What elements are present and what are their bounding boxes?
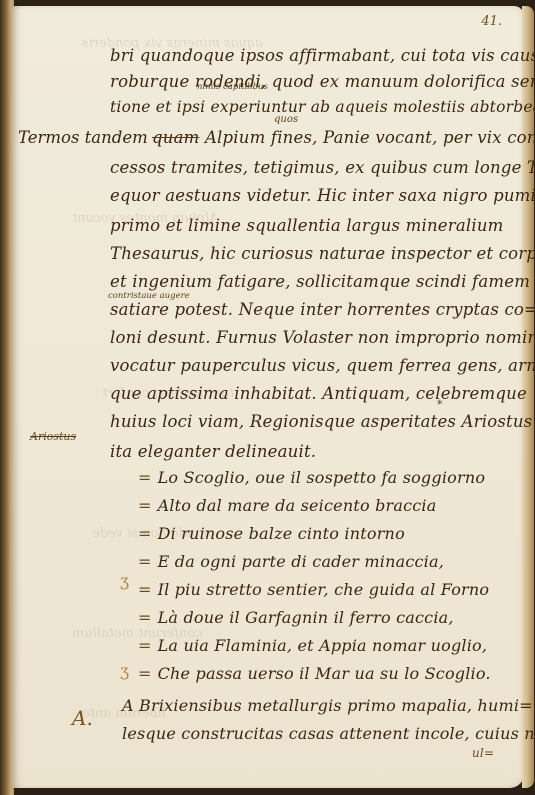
text-line: vocatur pauperculus vicus, quem ferrea g…: [110, 356, 535, 375]
text-line: ita eleganter delineauit.: [110, 442, 316, 461]
verse-line: =Alto dal mare da seicento braccia: [138, 496, 436, 515]
margin-mark: ʒ: [120, 571, 129, 590]
text-line: satiare potest. Neque inter horrentes cr…: [110, 300, 535, 319]
text-line: cessos tramites, tetigimus, ex quibus cu…: [110, 158, 535, 177]
margin-note: Termos tandem: [18, 128, 148, 147]
folio-number: 41.: [481, 14, 502, 29]
catchword: ul=: [472, 746, 494, 760]
text-line: et ingenium fatigare, sollicitamque scin…: [110, 272, 530, 291]
verse-line: =Di ruinose balze cinto intorno: [138, 524, 405, 543]
text-line: que aptissima inhabitat. Antiquam, celeb…: [110, 384, 527, 403]
verse-line: =La uia Flaminia, et Appia nomar uoglio,: [138, 636, 487, 655]
verse-line: =Il piu stretto sentier, che guida al Fo…: [138, 580, 489, 599]
text-line: loni desunt. Furnus Volaster non impropr…: [110, 328, 535, 347]
text-line: tione et ipsi experiuntur ab aqueis mole…: [110, 98, 535, 116]
verse-line: =Che passa uerso il Mar ua su lo Scoglio…: [138, 664, 491, 683]
text-line: bri quandoque ipsos affirmabant, cui tot…: [110, 46, 535, 65]
verse-line: =Lo Scoglio, oue il sospetto fa soggiorn…: [138, 468, 485, 487]
text-line: roburque rodendi, quod ex manuum dolorif…: [110, 72, 535, 91]
verse-line: =E da ogni parte di cader minaccia,: [138, 552, 444, 571]
text-line: huius loci viam, Regionisque asperitates…: [110, 412, 535, 431]
text-line-content: Alpium fines, Panie vocant, per vix con=: [205, 128, 535, 147]
verse-line: =Là doue il Garfagnin il ferro caccia,: [138, 608, 454, 627]
text-line: primo et limine squallentia largus miner…: [110, 216, 504, 235]
manuscript-page: aquas mineras vix ponderis Alpium montes…: [12, 6, 524, 788]
text-line: Thesaurus, hic curiosus naturae inspecto…: [110, 244, 535, 263]
text-line-content: huius loci viam, Regionisque asperitates…: [110, 412, 532, 431]
text-line: A Brixiensibus metallurgis primo mapalia…: [122, 696, 533, 715]
margin-note: A.: [72, 706, 93, 730]
struck-word: quam: [152, 128, 199, 147]
text-line: quam Alpium fines, Panie vocant, per vix…: [152, 128, 535, 147]
margin-mark: ʒ: [120, 661, 129, 680]
margin-note-struck: Ariostus: [30, 430, 76, 443]
text-line: equor aestuans videtur. Hic inter saxa n…: [110, 186, 535, 205]
text-line: lesque construcitas casas attenent incol…: [122, 724, 535, 743]
